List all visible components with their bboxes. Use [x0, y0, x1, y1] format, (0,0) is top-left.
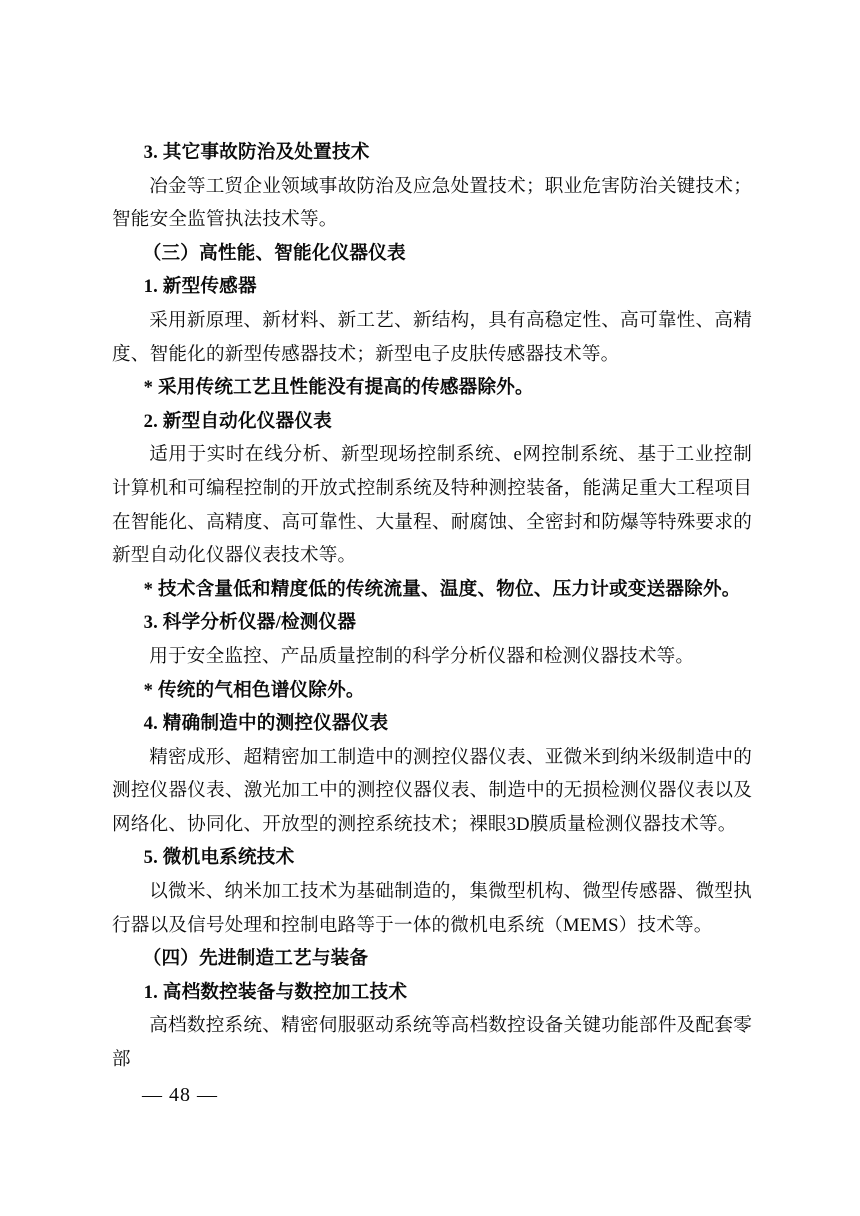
- paragraph: 冶金等工贸企业领域事故防治及应急处置技术；职业危害防治关键技术；智能安全监管执法…: [112, 170, 752, 237]
- numbered-heading: 1. 新型传感器: [112, 270, 752, 304]
- exclusion-note: * 技术含量低和精度低的传统流量、温度、物位、压力计或变送器除外。: [112, 573, 752, 607]
- numbered-heading: 2. 新型自动化仪器仪表: [112, 405, 752, 439]
- section-heading: （四）先进制造工艺与装备: [112, 942, 752, 976]
- paragraph: 采用新原理、新材料、新工艺、新结构，具有高稳定性、高可靠性、高精度、智能化的新型…: [112, 304, 752, 371]
- numbered-heading: 3. 科学分析仪器/检测仪器: [112, 606, 752, 640]
- exclusion-note: * 传统的气相色谱仪除外。: [112, 674, 752, 708]
- document-page: 3. 其它事故防治及处置技术 冶金等工贸企业领域事故防治及应急处置技术；职业危害…: [0, 0, 860, 1216]
- paragraph: 适用于实时在线分析、新型现场控制系统、e网控制系统、基于工业控制计算机和可编程控…: [112, 438, 752, 572]
- numbered-heading: 4. 精确制造中的测控仪器仪表: [112, 707, 752, 741]
- document-content: 3. 其它事故防治及处置技术 冶金等工贸企业领域事故防治及应急处置技术；职业危害…: [112, 136, 752, 1077]
- numbered-heading: 1. 高档数控装备与数控加工技术: [112, 976, 752, 1010]
- paragraph: 精密成形、超精密加工制造中的测控仪器仪表、亚微米到纳米级制造中的测控仪器仪表、激…: [112, 741, 752, 842]
- paragraph: 以微米、纳米加工技术为基础制造的，集微型机构、微型传感器、微型执行器以及信号处理…: [112, 875, 752, 942]
- numbered-heading: 3. 其它事故防治及处置技术: [112, 136, 752, 170]
- paragraph: 高档数控系统、精密伺服驱动系统等高档数控设备关键功能部件及配套零部: [112, 1009, 752, 1076]
- page-number: — 48 —: [142, 1081, 218, 1109]
- section-heading: （三）高性能、智能化仪器仪表: [112, 237, 752, 271]
- exclusion-note: * 采用传统工艺且性能没有提高的传感器除外。: [112, 371, 752, 405]
- numbered-heading: 5. 微机电系统技术: [112, 841, 752, 875]
- paragraph: 用于安全监控、产品质量控制的科学分析仪器和检测仪器技术等。: [112, 640, 752, 674]
